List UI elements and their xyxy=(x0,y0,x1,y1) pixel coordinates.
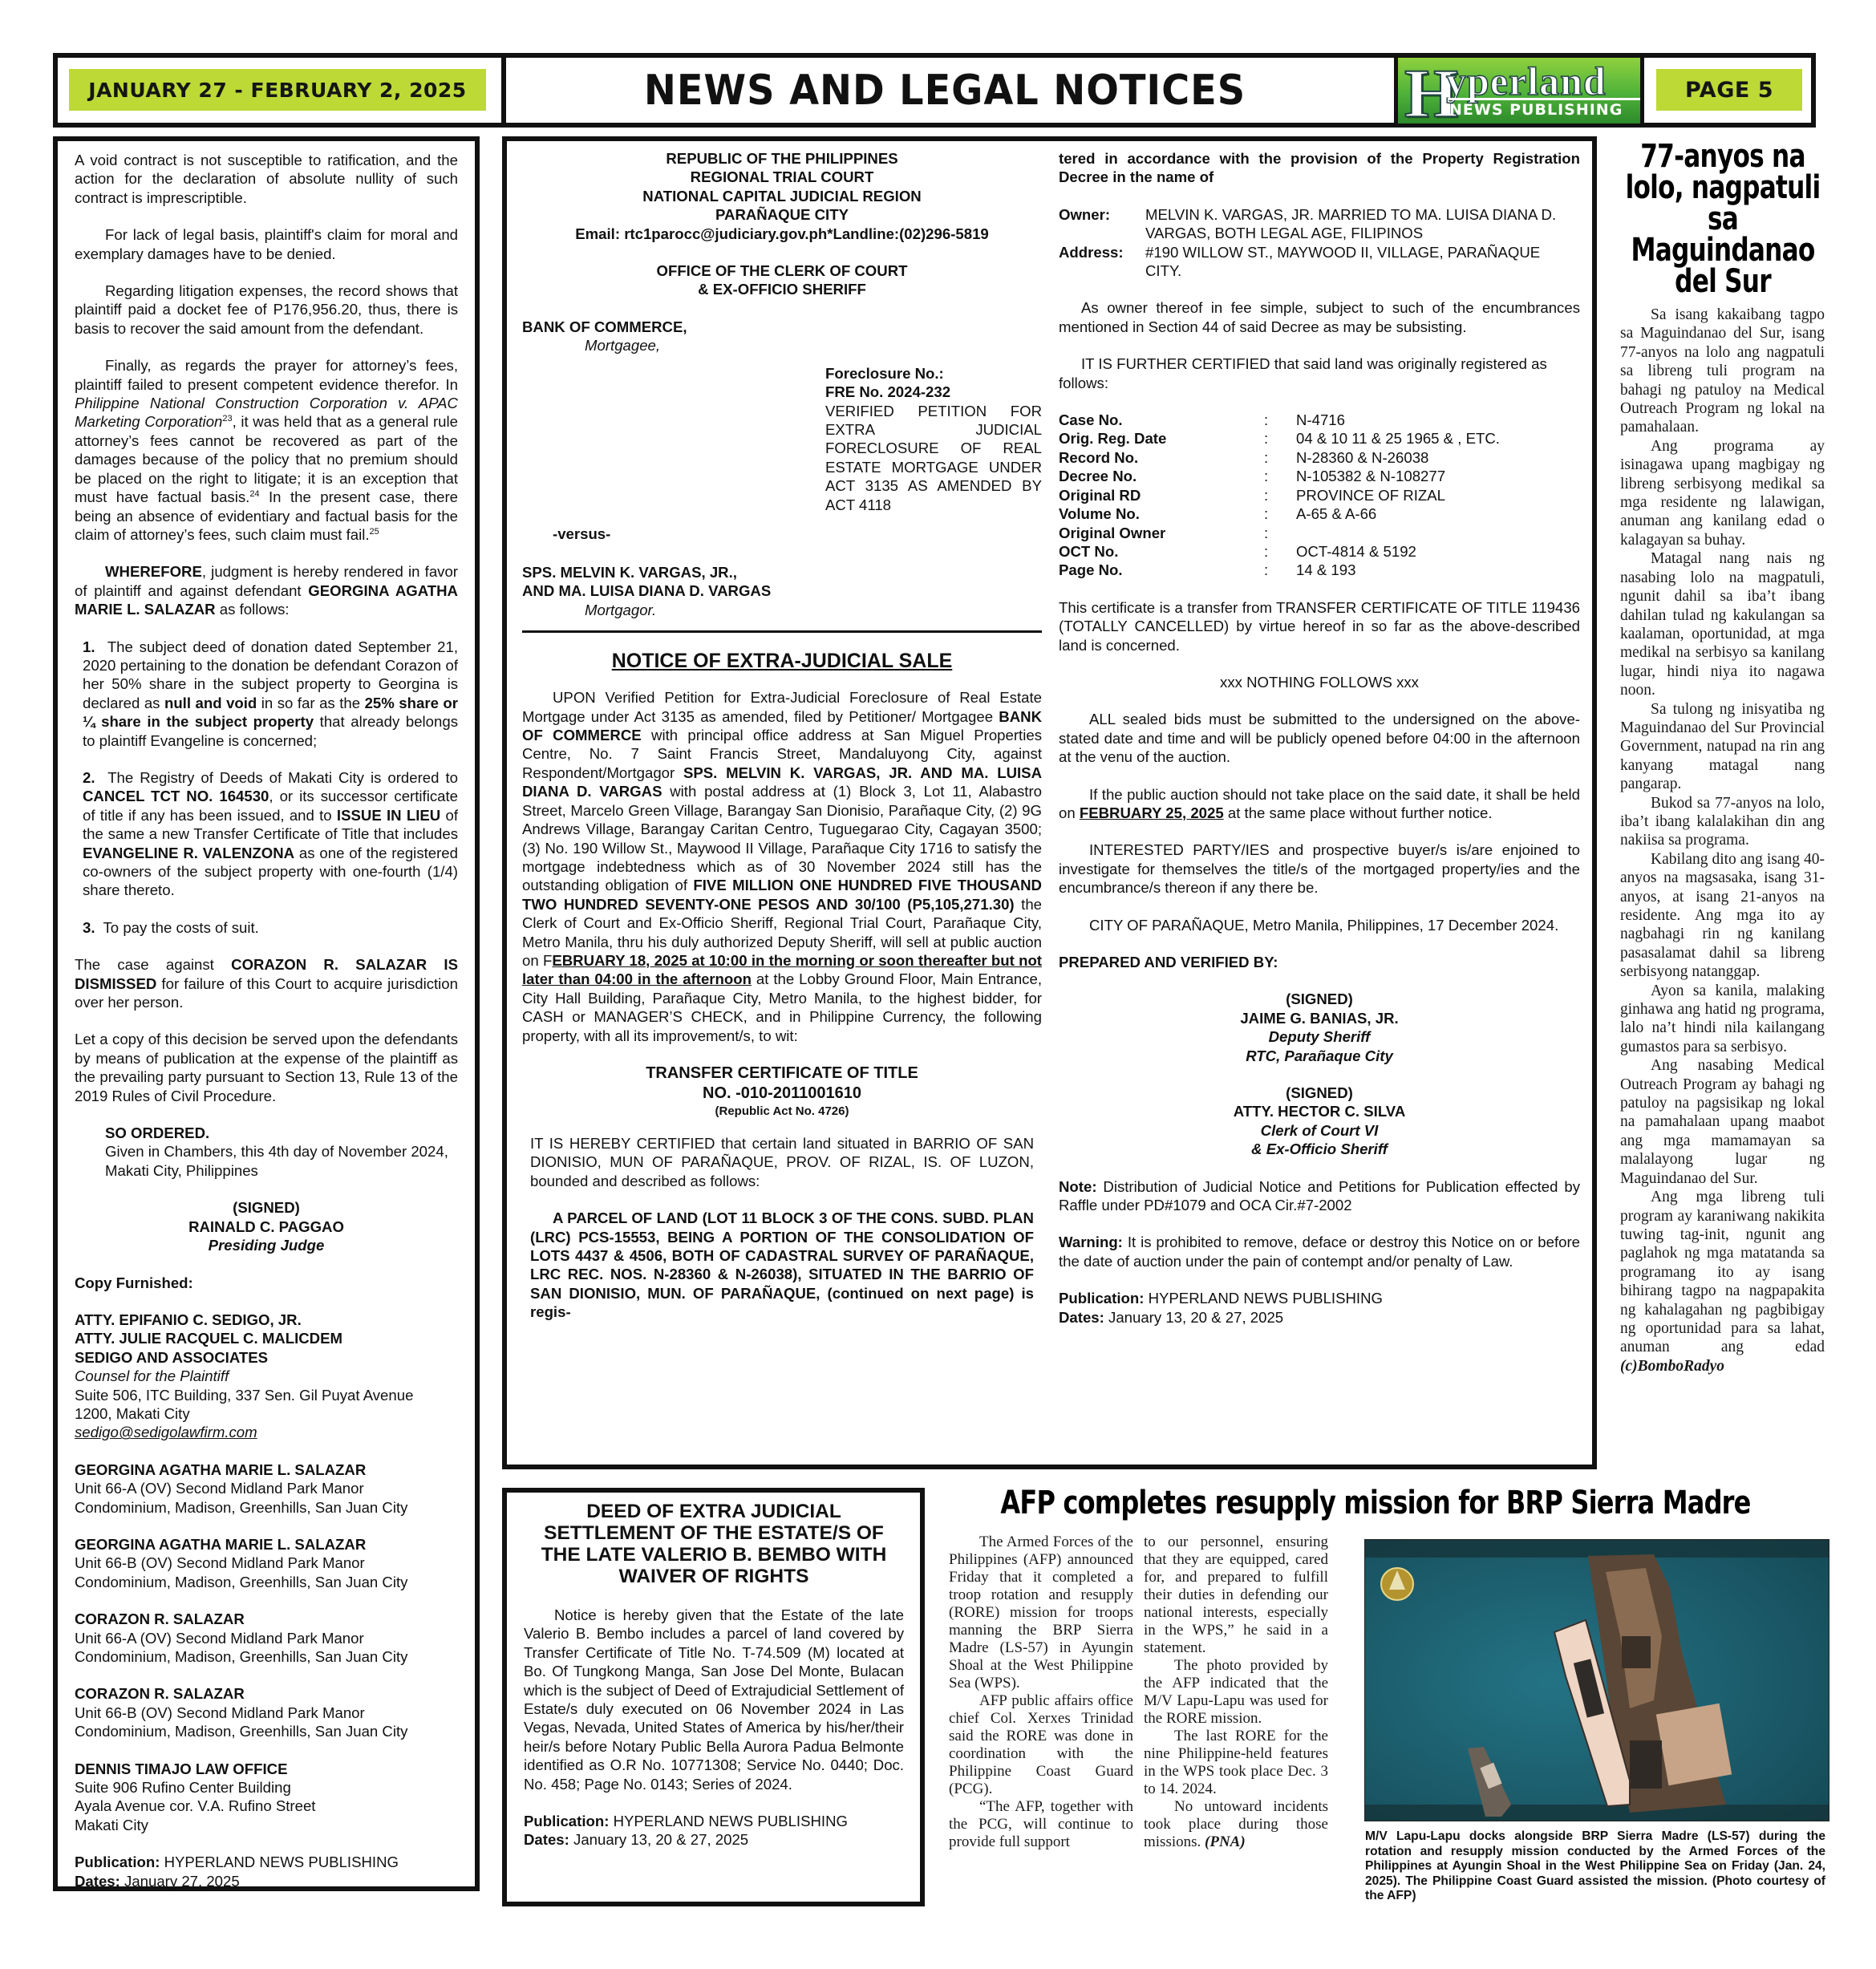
tct-heading: TRANSFER CERTIFICATE OF TITLE NO. -010-2… xyxy=(522,1064,1042,1120)
paragraph: IT IS FURTHER CERTIFIED that said land w… xyxy=(1059,355,1580,392)
law-office-block: DENNIS TIMAJO LAW OFFICE Suite 906 Rufin… xyxy=(75,1760,458,1835)
notice-of-sale-title: NOTICE OF EXTRA-JUDICIAL SALE xyxy=(522,652,1042,671)
photo-caption: M/V Lapu-Lapu docks alongside BRP Sierra… xyxy=(1365,1829,1825,1904)
table-row: Decree No.:N-105382 & N-108277 xyxy=(1059,467,1580,485)
article-credit: (PNA) xyxy=(1205,1833,1246,1850)
lolo-article: 77-anyos na lolo, nagpatuli sa Maguindan… xyxy=(1620,141,1825,1375)
deed-notice-box: DEED OF EXTRA JUDICIAL SETTLEMENT OF THE… xyxy=(502,1488,925,1906)
publication-info: Publication: HYPERLAND NEWS PUBLISHING D… xyxy=(524,1812,904,1849)
recipient-block: CORAZON R. SALAZAR Unit 66-A (OV) Second… xyxy=(75,1610,458,1666)
transfer-paragraph: This certificate is a transfer from TRAN… xyxy=(1059,598,1580,654)
judge-signature: (SIGNED) RAINALD C. PAGGAO Presiding Jud… xyxy=(75,1198,458,1254)
paragraph: A void contract is not susceptible to ra… xyxy=(75,151,458,207)
masthead-divider xyxy=(501,53,506,128)
logo-rule xyxy=(1448,98,1640,100)
certified-paragraph: IT IS HEREBY CERTIFIED that certain land… xyxy=(522,1134,1042,1190)
counsel-block: ATTY. EPIFANIO C. SEDIGO, JR. ATTY. JULI… xyxy=(75,1311,458,1442)
prepared-by-label: PREPARED AND VERIFIED BY: xyxy=(1059,953,1580,971)
warning-paragraph: Warning: It is prohibited to remove, def… xyxy=(1059,1233,1580,1270)
decision-notice-box: A void contract is not susceptible to ra… xyxy=(53,136,480,1891)
wherefore-paragraph: WHEREFORE, judgment is hereby rendered i… xyxy=(75,562,458,618)
recipient-block: GEORGINA AGATHA MARIE L. SALAZAR Unit 66… xyxy=(75,1461,458,1517)
so-ordered-block: SO ORDERED. Given in Chambers, this 4th … xyxy=(75,1124,458,1180)
interested-parties-paragraph: INTERESTED PARTY/IES and prospective buy… xyxy=(1059,841,1580,897)
table-row: Original Owner: xyxy=(1059,524,1580,542)
paragraph: As owner thereof in fee simple, subject … xyxy=(1059,298,1580,336)
section-title: NEWS AND LEGAL NOTICES xyxy=(539,58,1351,124)
article-headline: 77-anyos na lolo, nagpatuli sa Maguindan… xyxy=(1619,141,1825,298)
publisher-logo: H yperland NEWS PUBLISHING xyxy=(1394,58,1644,124)
service-paragraph: Let a copy of this decision be served up… xyxy=(75,1030,458,1105)
table-row: Record No.:N-28360 & N-26038 xyxy=(1059,448,1580,467)
table-row: Original RD:PROVINCE OF RIZAL xyxy=(1059,486,1580,504)
notice-body: UPON Verified Petition for Extra-Judicia… xyxy=(522,688,1042,1045)
parcel-continuation: tered in accordance with the provision o… xyxy=(1059,149,1580,187)
place-date: CITY OF PARAÑAQUE, Metro Manila, Philipp… xyxy=(1059,916,1580,934)
office-heading: OFFICE OF THE CLERK OF COURT & EX-OFFICI… xyxy=(522,261,1042,299)
paragraph: Notice is hereby given that the Estate o… xyxy=(524,1606,904,1793)
publication-info: Publication: HYPERLAND NEWS PUBLISHING D… xyxy=(1059,1289,1580,1327)
copy-furnished-label: Copy Furnished: xyxy=(75,1274,458,1292)
page-number-badge: PAGE 5 xyxy=(1656,69,1802,111)
recipient-block: CORAZON R. SALAZAR Unit 66-B (OV) Second… xyxy=(75,1684,458,1740)
afp-article-col2: to our personnel, ensuring that they are… xyxy=(1144,1533,1328,1851)
case-caption: BANK OF COMMERCE, Mortgagee, Foreclosure… xyxy=(522,318,1042,606)
mortgagor-name: SPS. MELVIN K. VARGAS, JR., xyxy=(522,563,771,581)
afp-article: AFP completes resupply mission for BRP S… xyxy=(930,1485,1821,1521)
court-contact: Email: rtc1parocc@judiciary.gov.ph*Landl… xyxy=(522,225,1042,243)
table-row: Page No.:14 & 193 xyxy=(1059,561,1580,579)
table-row: Case No.:N-4716 xyxy=(1059,411,1580,429)
deputy-sheriff-signature: (SIGNED) JAIME G. BANIAS, JR. Deputy She… xyxy=(1059,990,1580,1065)
alternate-date-paragraph: If the public auction should not take pl… xyxy=(1059,785,1580,823)
caption-divider xyxy=(522,630,1042,633)
deed-notice-title: DEED OF EXTRA JUDICIAL SETTLEMENT OF THE… xyxy=(524,1501,904,1587)
foreclosure-notice-box: REPUBLIC OF THE PHILIPPINES REGIONAL TRI… xyxy=(502,136,1597,1469)
deed-notice-body: DEED OF EXTRA JUDICIAL SETTLEMENT OF THE… xyxy=(524,1501,904,1849)
parcel-description: A PARCEL OF LAND (LOT 11 BLOCK 3 OF THE … xyxy=(522,1209,1042,1321)
alternate-auction-date: FEBRUARY 25, 2025 xyxy=(1080,804,1224,821)
case-number-block: Foreclosure No.: FRE No. 2024-232 VERIFI… xyxy=(825,364,1042,514)
table-row: OCT No.:OCT-4814 & 5192 xyxy=(1059,542,1580,561)
article-body: Sa isang kakaibang tagpo sa Maguindanao … xyxy=(1620,306,1825,1375)
nothing-follows: xxx NOTHING FOLLOWS xxx xyxy=(1059,673,1580,691)
article-headline: AFP completes resupply mission for BRP S… xyxy=(958,1485,1793,1521)
foreclosure-notice-right: tered in accordance with the provision o… xyxy=(1059,149,1580,1327)
order-item-2: 2. The Registry of Deeds of Makati City … xyxy=(75,768,458,900)
decision-notice-body: A void contract is not susceptible to ra… xyxy=(75,151,458,1890)
paragraph: For lack of legal basis, plaintiff's cla… xyxy=(75,225,458,263)
dismissal-paragraph: The case against CORAZON R. SALAZAR IS D… xyxy=(75,955,458,1011)
afp-article-col1: The Armed Forces of the Philippines (AFP… xyxy=(949,1533,1133,1851)
issue-date-badge: JANUARY 27 - FEBRUARY 2, 2025 xyxy=(69,69,486,111)
paragraph: Regarding litigation expenses, the recor… xyxy=(75,282,458,338)
clerk-signature: (SIGNED) ATTY. HECTOR C. SILVA Clerk of … xyxy=(1059,1084,1580,1159)
ship-photo-image xyxy=(1365,1540,1829,1821)
foreclosure-notice-left: REPUBLIC OF THE PHILIPPINES REGIONAL TRI… xyxy=(522,149,1042,1340)
mortgagee-name: BANK OF COMMERCE, xyxy=(522,318,1042,336)
counsel-email-link[interactable]: sedigo@sedigolawfirm.com xyxy=(75,1423,458,1441)
table-row: Volume No.:A-65 & A-66 xyxy=(1059,504,1580,523)
registration-table: Case No.:N-4716 Orig. Reg. Date:04 & 10 … xyxy=(1059,411,1580,580)
sealed-bids-paragraph: ALL sealed bids must be submitted to the… xyxy=(1059,710,1580,766)
recipient-block: GEORGINA AGATHA MARIE L. SALAZAR Unit 66… xyxy=(75,1535,458,1591)
fre-number: FRE No. 2024-232 xyxy=(825,383,1042,401)
paragraph: Finally, as regards the prayer for attor… xyxy=(75,356,458,544)
court-heading: REPUBLIC OF THE PHILIPPINES REGIONAL TRI… xyxy=(522,149,1042,243)
logo-subtitle: NEWS PUBLISHING xyxy=(1449,101,1623,119)
article-credit: (c)BomboRadyo xyxy=(1620,1358,1724,1375)
owner-block: Owner:MELVIN K. VARGAS, JR. MARRIED TO M… xyxy=(1059,205,1580,281)
order-item-1: 1. The subject deed of donation dated Se… xyxy=(75,638,458,750)
publication-info: Publication: HYPERLAND NEWS PUBLISHING D… xyxy=(75,1853,458,1890)
table-row: Orig. Reg. Date:04 & 10 11 & 25 1965 & ,… xyxy=(1059,429,1580,448)
ship-photo xyxy=(1364,1539,1829,1821)
note-paragraph: Note: Distribution of Judicial Notice an… xyxy=(1059,1177,1580,1215)
order-item-3: 3. To pay the costs of suit. xyxy=(75,918,458,937)
